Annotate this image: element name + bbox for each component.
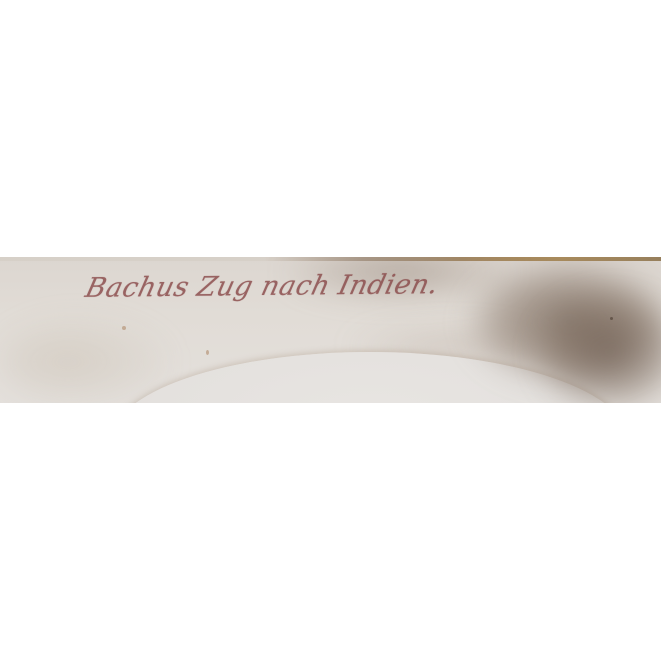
speck bbox=[610, 317, 613, 320]
grime-stain bbox=[0, 317, 170, 403]
speck bbox=[206, 350, 209, 355]
plate-rim-photo: Bachus Zug nach Indien. bbox=[0, 257, 661, 403]
inscription-text: Bachus Zug nach Indien. bbox=[82, 269, 442, 304]
speck bbox=[122, 326, 126, 330]
